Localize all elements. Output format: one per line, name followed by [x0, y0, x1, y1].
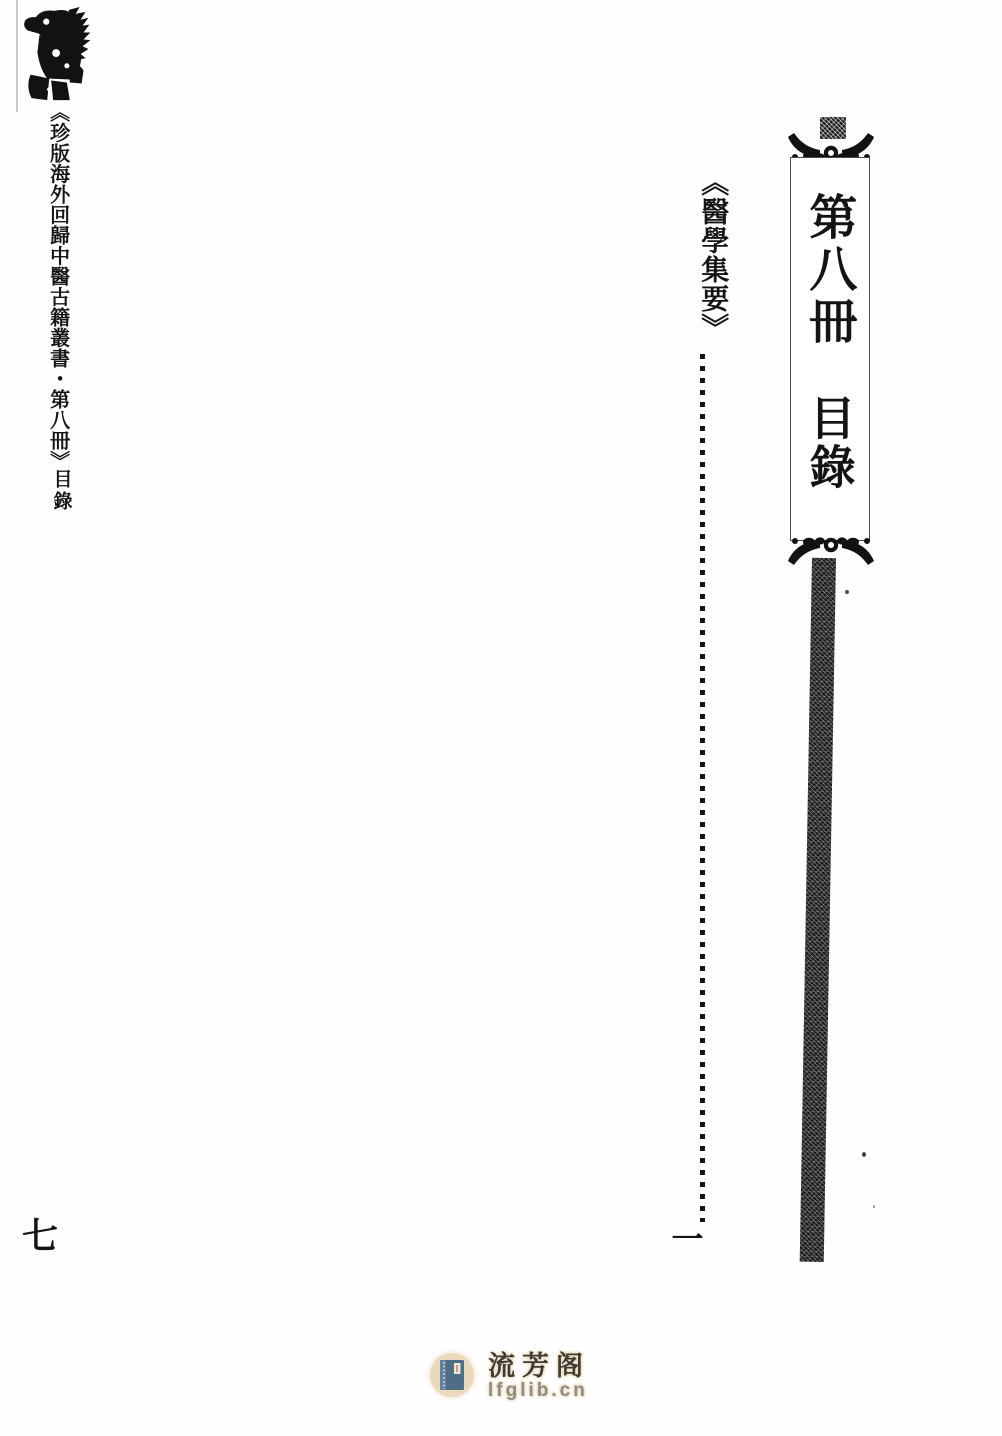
scan-speck: [845, 590, 849, 594]
banner-volume-title: 第八冊: [802, 192, 854, 348]
banner-section-title: 目錄: [804, 394, 854, 492]
watermark-site-domain: lfglib.cn: [488, 1381, 590, 1400]
watermark-text: 流芳阁 lfglib.cn: [488, 1352, 590, 1400]
site-watermark: 流芳阁 lfglib.cn: [430, 1352, 590, 1400]
watermark-site-name: 流芳阁: [488, 1352, 590, 1380]
scan-edge-artifact: [16, 0, 18, 112]
series-section-label: 目錄: [50, 469, 71, 513]
textured-spine-bar: [800, 558, 836, 1262]
folio-page-number: 七: [22, 1208, 58, 1259]
series-title-vertical: 《珍版海外回歸中醫古籍叢書・第八冊》: [46, 102, 68, 471]
toc-dotted-leader: [700, 354, 705, 1222]
toc-entry-page-number: 一: [668, 1222, 703, 1254]
scan-speck: [873, 1205, 875, 1208]
scanned-toc-page: 《珍版海外回歸中醫古籍叢書・第八冊》 目錄 七 第八冊 目錄: [0, 0, 1002, 1436]
stitched-book-icon: [439, 1359, 466, 1392]
lion-seal-stamp-icon: [22, 5, 98, 107]
watermark-badge: [430, 1353, 474, 1397]
scan-speck: [862, 1152, 866, 1157]
toc-entry-title: 《醫學集要》: [697, 168, 727, 342]
